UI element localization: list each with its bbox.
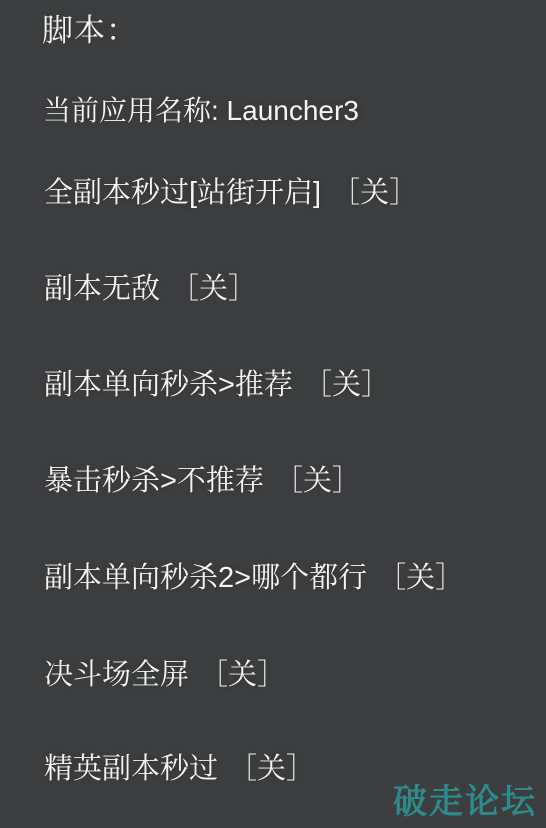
- menu-item-arena-fullscreen[interactable]: 决斗场全屏［关］: [44, 657, 286, 693]
- menu-item-state-badge: ［关］: [274, 465, 361, 497]
- menu-item-all-dungeon-instant-pass[interactable]: 全副本秒过[站街开启]［关］: [44, 175, 418, 211]
- current-app-name: 当前应用名称: Launcher3: [43, 93, 359, 129]
- menu-item-label: 全副本秒过[站街开启]: [44, 177, 321, 209]
- menu-item-label: 副本单向秒杀2>哪个都行: [44, 562, 367, 594]
- menu-item-crit-instakill[interactable]: 暴击秒杀>不推荐［关］: [44, 463, 361, 499]
- forum-watermark: 破走论坛: [393, 784, 537, 820]
- menu-item-state-badge: ［关］: [377, 562, 464, 594]
- menu-item-state-badge: ［关］: [170, 273, 257, 305]
- menu-item-label: 副本无敌: [44, 273, 160, 305]
- menu-item-label: 精英副本秒过: [44, 753, 218, 785]
- menu-item-state-badge: ［关］: [331, 177, 418, 209]
- menu-item-label: 暴击秒杀>不推荐: [44, 465, 264, 497]
- menu-item-dungeon-invincible[interactable]: 副本无敌［关］: [44, 271, 257, 307]
- menu-item-oneway-instakill[interactable]: 副本单向秒杀>推荐［关］: [44, 367, 390, 403]
- script-overlay-screen: 脚本： 当前应用名称: Launcher3 全副本秒过[站街开启]［关］ 副本无…: [0, 0, 546, 828]
- menu-item-state-badge: ［关］: [199, 659, 286, 691]
- menu-item-state-badge: ［关］: [228, 753, 315, 785]
- menu-item-oneway-instakill-2[interactable]: 副本单向秒杀2>哪个都行［关］: [44, 560, 464, 596]
- page-title: 脚本：: [42, 11, 138, 51]
- menu-item-label: 决斗场全屏: [44, 659, 189, 691]
- menu-item-elite-dungeon-instant-pass[interactable]: 精英副本秒过［关］: [44, 751, 315, 787]
- menu-item-label: 副本单向秒杀>推荐: [44, 369, 293, 401]
- menu-item-state-badge: ［关］: [303, 369, 390, 401]
